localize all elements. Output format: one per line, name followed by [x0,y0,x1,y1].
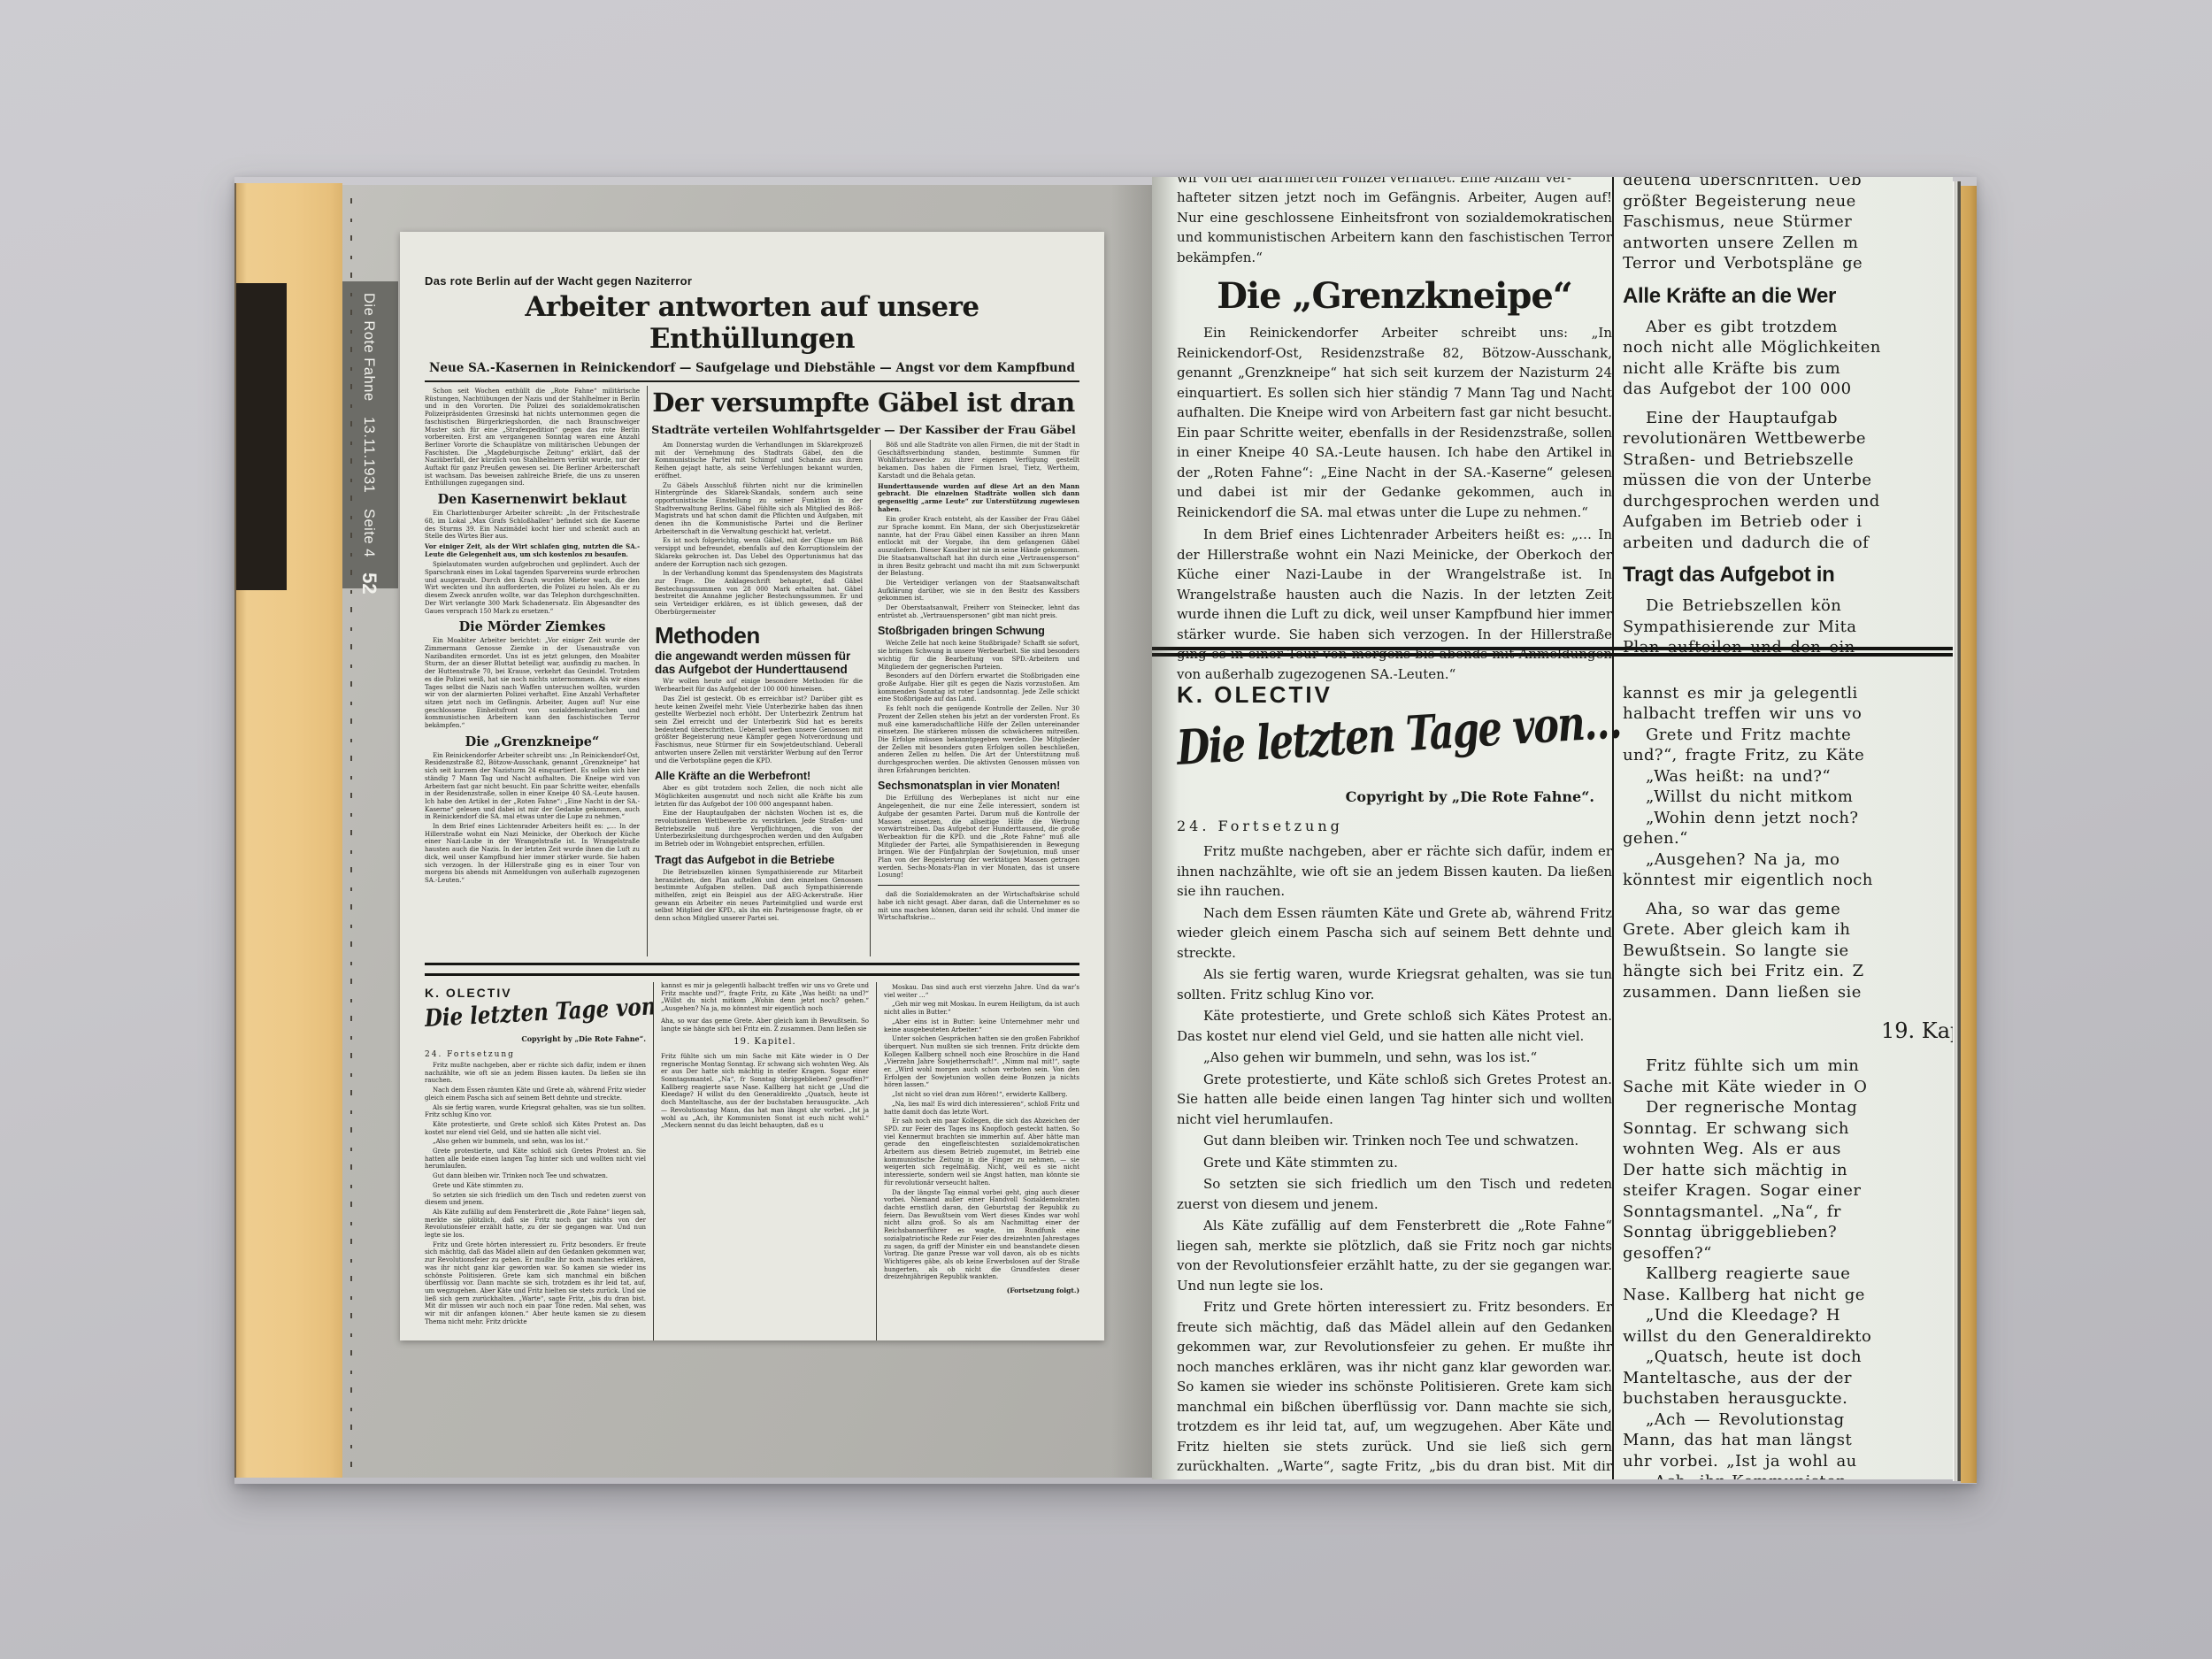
text-block: „Wohin denn jetzt noch? [752,997,845,1004]
text-block: Nase. Kallberg hat nicht ge [1623,1285,1953,1306]
text-block: Fritz fühlte sich um min [661,1053,752,1060]
text-block: Die „Grenzkneipe“ [425,734,640,749]
text-block: durchgesprochen werden und [1623,491,1953,512]
text-block: uhr vorbei. „Ist ja wohl au [1623,1451,1953,1472]
mini-serial-section: K. OLECTIV Die letzten Tage von… Copyrig… [425,982,1079,1340]
text-block: Sonntagsmantel. „Na“, fr [1623,1202,1953,1223]
text-block: Zu Gäbels Ausschluß führten nicht nur di… [655,482,863,536]
text-block: Grete und Käte stimmten zu. [425,1182,646,1190]
right-page-enlarged-detail: wir von der alarmierten Polizei verhafte… [1152,177,1953,1479]
spine-date: 13.11.1931 [361,417,377,493]
detail-right-serial-lines: kannst es mir ja gelegentlihalbacht tref… [1623,683,1953,1480]
text-block: Käte protestierte, und Grete schloß sich… [1177,1006,1612,1046]
text-block: Als Käte zufällig auf dem Fensterbrett d… [425,1209,646,1240]
mini-section-rule [425,963,1079,976]
text-block: „Quatsch, heute ist doch [1623,1347,1953,1368]
book-cover-left-edge [234,183,342,1478]
text-block: Sonntag. Er schwang sich [727,1061,812,1068]
mini-columns: Schon seit Wochen enthüllt die „Rote Fah… [425,386,1079,956]
mini-kicker: Das rote Berlin auf der Wacht gegen Nazi… [425,274,1079,288]
text-block: das Aufgebot der Hunderttausend [655,663,863,676]
text-block: Unter solchen Gesprächen hatten sie den … [884,1035,1079,1089]
text-block: Grete protestierte, und Käte schloß sich… [1177,1070,1612,1130]
text-block: In dem Brief eines Lichtenrader Arbeiter… [1177,525,1612,684]
text-block: Sympathisierende zur Mita [1623,617,1953,638]
text-block: gesoffen?“ [836,1076,869,1083]
text-block: Ein Moabiter Arbeiter berichtet: „Vor ei… [425,637,640,729]
book-spread: Die Rote Fahne 13.11.1931 Seite 4 52 Das… [234,177,1977,1484]
text-block: Der Oberstaatsanwalt, Freiherr von Stein… [878,604,1079,619]
text-block: Sonntagsmantel. „Na“, fr [661,1076,749,1083]
text-block: deutend überschritten. Ueb [1623,177,1953,191]
text-block: Mann, das hat man längst [720,1107,810,1114]
text-block: leicht behaupten, daß es u [740,1122,823,1129]
text-block: Sonntag übriggeblieben? [1623,1222,1953,1243]
serial-installment-label: 24. Fortsetzung [1177,818,1612,834]
text-block: Manteltasche, aus der der [679,1099,766,1106]
text-block: „Was heißt: na und?“ [1623,766,1953,787]
text-block: So setzten sie sich friedlich um den Tis… [425,1192,646,1207]
text-block: Grete. Aber gleich kam ih [1623,919,1953,941]
page-stack-edge [1953,181,1961,1481]
text-block: Stoßbrigaden bringen Schwung [878,625,1079,637]
text-block: Kallberg reagierte saue [1623,1263,1953,1285]
fold-stitch-line [350,185,352,1478]
gabel-deck: Stadträte verteilen Wohlfahrtsgelder — D… [648,423,1079,436]
text-block: Ein Reinickendorfer Arbeiter schreibt un… [425,752,640,821]
text-block: Aber es gibt trotzdem noch Zellen, die n… [655,785,863,808]
text-block: steifer Kragen. Sogar einer [1623,1180,1953,1202]
text-block: zusammen. Dann ließen sie [1623,982,1953,1003]
text-block: Hunderttausende wurden auf diese Art an … [878,483,1079,514]
text-block: gesoffen?“ [1623,1243,1953,1264]
detail-serial-story: Fritz mußte nachgeben, aber er rächte si… [1177,841,1612,1479]
text-block: buchstaben herausguckte. [767,1099,854,1106]
text-block: Sonntag. Er schwang sich [1623,1118,1953,1140]
text-block: Am Donnerstag wurden die Verhandlungen i… [655,442,863,480]
text-block: So setzten sie sich friedlich um den Tis… [1177,1174,1612,1214]
text-block: wohnten Weg. Als er aus [1623,1139,1953,1160]
serial-copyright: Copyright by „Die Rote Fahne“. [1177,788,1594,805]
text-block: Wir wollen heute auf einige besondere Me… [655,678,863,693]
mini-serial-column-3: Moskau. Das sind auch erst vierzehn Jahr… [877,982,1079,1340]
text-block: Es fehlt noch die genügende Kontrolle de… [878,705,1079,774]
detail-right-column: deutend überschritten. Uebgrößter Begeis… [1623,177,1953,1479]
text-block: Welche Zelle hat noch keine Stoßbrigade?… [878,640,1079,671]
text-block: Spielautomaten wurden aufgebrochen und g… [425,561,640,615]
serial-script-logo: Die letzten Tage von… [1175,698,1526,776]
detail-section-rule [1152,647,1953,657]
text-block: Bewußtsein. So langte sie [1623,941,1953,962]
text-block: halbacht treffen wir uns vo [749,982,837,989]
mini-deck: Neue SA.-Kasernen in Reinickendorf — Sau… [425,361,1079,382]
left-page: Die Rote Fahne 13.11.1931 Seite 4 52 Das… [342,185,1152,1478]
text-block: „Ausgehen? Na ja, mo [661,1005,733,1012]
text-block: Nach dem Essen räumten Käte und Grete ab… [425,1087,646,1102]
text-block: „Aber eins ist in Butter: keine Unterneh… [884,1018,1079,1033]
text-block: Aufgaben im Betrieb oder i [1623,511,1953,533]
text-block: Böß und alle Stadträte von allen Firmen,… [878,442,1079,480]
text-block: Sonst ist euch nicht wohl.“ [775,1115,869,1122]
text-block: willst du den Generaldirekto [706,1091,805,1098]
text-block: Fritz fühlte sich um min [1623,1056,1953,1077]
text-block: Tragt das Aufgebot in die Betriebe [655,854,863,866]
text-block: „Na, lies mal! Es wird dich interessiere… [884,1101,1079,1116]
detail-right-news-lines: deutend überschritten. Uebgrößter Begeis… [1623,177,1953,658]
text-block: Tragt das Aufgebot in [1623,563,1953,588]
text-block: „Was heißt: na und?“ [799,990,869,997]
text-block: Ein Charlottenburger Arbeiter schreibt: … [425,510,640,541]
text-block: willst du den Generaldirekto [1623,1326,1953,1348]
text-block: Den Kasernenwirt beklaut [425,492,640,507]
text-block: Als Käte zufällig auf dem Fensterbrett d… [1177,1216,1612,1295]
text-block: Die Erfüllung des Werbeplanes ist nicht … [878,795,1079,879]
text-block: Der hatte sich mächtig in [1623,1160,1953,1181]
spine-folio: 52 [358,572,380,594]
text-block [1623,891,1953,899]
text-block: arbeiten und dadurch die of [1623,533,1953,554]
grenzkneipe-paragraphs: Ein Reinickendorfer Arbeiter schreibt un… [1177,323,1612,684]
text-block: Gut dann bleiben wir. Trinken noch Tee u… [1177,1131,1612,1151]
text-block: Eine der Hauptaufgaben der nächsten Woch… [655,810,863,849]
mini-serial-story: Fritz mußte nachgeben, aber er rächte si… [425,1062,646,1326]
cover-black-bar [236,283,287,590]
text-block: Mann, das hat man längst [1623,1430,1953,1451]
text-block: „Ist nicht so viel dran zum Hören!“, erw… [884,1091,1079,1099]
text-block: größter Begeisterung neue [1623,191,1953,212]
text-block: müssen die von der Unterbe [1623,470,1953,491]
text-block: buchstaben herausguckte. [1623,1388,1953,1409]
text-block: Manteltasche, aus der der [1623,1368,1953,1389]
text-block: noch nicht alle Möglichkeiten [1623,337,1953,358]
text-block: Der regnerische Montag [1623,1097,1953,1118]
detail-main-column: wir von der alarmierten Polizei verhafte… [1177,177,1612,687]
text-block: Methoden [655,622,863,649]
text-block: und?“, fragte Fritz, zu Käte [705,990,799,997]
text-block: kannst es mir ja gelegentli [1623,683,1953,704]
text-block: Ein Reinickendorfer Arbeiter schreibt un… [1177,323,1612,522]
text-block: Grete und Fritz machte [1623,725,1953,746]
text-block: revolutionären Wettbewerbe [1623,428,1953,449]
text-block: Aha, so war das geme [661,1018,734,1025]
text-block: hängte sich bei Fritz ein. Z [1623,961,1953,982]
text-block: das Aufgebot der 100 000 [1623,379,1953,400]
text-block: daß die Sozialdemokraten an der Wirtscha… [878,891,1079,922]
text-block: Aha, so war das geme [1623,899,1953,920]
book-cover-right-edge [1961,186,1977,1483]
text-block: Er sah noch ein paar Kollegen, die sich … [884,1118,1079,1187]
detail-clipped-top-line: wir von der alarmierten Polizei verhafte… [1177,177,1612,188]
text-block: Kallberg reagierte saue [661,1084,742,1091]
text-block: „Willst du nicht mitkom [661,997,752,1004]
text-block: Eine der Hauptaufgab [1623,408,1953,429]
text-block: könntest mir eigentlich noch [1623,870,1953,891]
mini-column-2: Am Donnerstag wurden die Verhandlungen i… [648,440,871,956]
text-block: Alle Kräfte an die Wer [1623,284,1953,309]
text-block: Terror und Verbotspläne ge [1623,253,1953,274]
text-block: Sonntag übriggeblieben? [749,1076,835,1083]
text-block: Das Ziel ist gesteckt. Ob es erreichbar … [655,695,863,764]
text-block: „Ach, ihr Kommunisten [1623,1471,1953,1479]
text-block: Straßen- und Betriebszelle [1623,449,1953,471]
text-block: gehen.“ [1623,828,1953,849]
text-block: Fritz mußte nachgeben, aber er rächte si… [1177,841,1612,902]
text-block: Aber es gibt trotzdem [1623,317,1953,338]
text-block: Fritz mußte nachgeben, aber er rächte si… [425,1062,646,1085]
text-block: (Fortsetzung folgt.) [884,1286,1079,1294]
text-block: Es ist noch folgerichtig, wenn Gäbel, mi… [655,537,863,568]
serial-script-logo: Die letzten Tage von… [425,995,613,1033]
text-block: Fritz und Grete hörten interessiert zu. … [1177,1297,1612,1479]
text-block: und?“, fragte Fritz, zu Käte [1623,745,1953,766]
gabel-headline: Der versumpfte Gäbel ist dran [648,388,1079,418]
text-block: Ein großer Krach entsteht, als der Kassi… [878,516,1079,578]
text-block: Moskau. Das sind auch erst vierzehn Jahr… [884,984,1079,999]
mini-serial-column-2: kannst es mir ja gelegentlihalbacht tref… [654,982,877,1340]
mini-columns-right-body: Am Donnerstag wurden die Verhandlungen i… [648,440,1079,956]
serial-installment-label: 24. Fortsetzung [425,1050,646,1059]
mini-serial-column-1: K. OLECTIV Die letzten Tage von… Copyrig… [425,982,654,1340]
text-block: kannst es mir ja gelegentli [661,982,749,989]
text-block: „Meckern nennst du das [661,1122,740,1129]
text-block: zusammen. Dann ließen sie [780,1025,867,1033]
text-block: Als sie fertig waren, wurde Kriegsrat ge… [425,1104,646,1119]
detail-opening-paragraph: hafteter sitzen jetzt noch im Gefängnis.… [1177,188,1612,267]
text-block: Grete protestierte, und Käte schloß sich… [425,1148,646,1171]
text-block: „Geh mir weg mit Moskau. In eurem Heilig… [884,1001,1079,1016]
spine-page-label: Seite 4 [361,509,377,557]
text-block: nicht alle Kräfte bis zum [1623,358,1953,380]
mini-newspaper-content: Das rote Berlin auf der Wacht gegen Nazi… [400,232,1104,1340]
mini-main-headline: Arbeiter antworten auf unsere Enthüllung… [425,291,1079,355]
text-block: „Ach — Revolutionstag [1623,1409,1953,1431]
text-block [1623,400,1953,408]
photo-backdrop: { "spine": { "title": "Die Rote Fahne", … [0,0,2212,1659]
text-block: In der Verhandlung kommt das Spendensyst… [655,570,863,616]
text-block: In dem Brief eines Lichtenrader Arbeiter… [425,823,640,885]
text-block: Nach dem Essen räumten Käte und Grete ab… [1177,903,1612,964]
text-block: Als sie fertig waren, wurde Kriegsrat ge… [1177,964,1612,1004]
text-block: Sache mit Käte wieder in O [752,1053,857,1060]
spine-title: Die Rote Fahne [361,293,377,402]
text-block: Schon seit Wochen enthüllt die „Rote Fah… [425,388,640,488]
mini-newspaper-page: Das rote Berlin auf der Wacht gegen Nazi… [400,232,1104,1340]
text-block: „Also gehen wir bummeln, und sehn, was l… [1177,1048,1612,1068]
text-block: 19. Kapitel. [1623,1018,1953,1043]
text-block: „Ausgehen? Na ja, mo [1623,849,1953,871]
text-block: Die Mörder Ziemkes [425,619,640,634]
text-block: Grete und Käte stimmten zu. [1177,1153,1612,1173]
text-block: Grete. Aber gleich kam ih [734,1018,819,1025]
text-block: hängte sich bei Fritz ein. Z [694,1025,780,1033]
text-block: „Wohin denn jetzt noch? [1623,808,1953,829]
text-block: Da der längste Tag einmal vorbei geht, g… [884,1189,1079,1281]
text-block: Vor einiger Zeit, als der Wirt schlafen … [425,543,640,558]
text-block: halbacht treffen wir uns vo [1623,703,1953,725]
text-block: „Willst du nicht mitkom [1623,787,1953,808]
mini-columns-right: Der versumpfte Gäbel ist dran Stadträte … [648,386,1079,956]
text-block: „Ach, ihr Kommunisten [693,1115,775,1122]
text-block: gehen.“ [844,997,869,1004]
text-block: antworten unsere Zellen m [1623,233,1953,254]
text-block: könntest mir eigentlich noch [733,1005,823,1012]
text-block: Sache mit Käte wieder in O [1623,1077,1953,1098]
text-block: Die Betriebszellen kön [1623,595,1953,617]
text-block: Der hatte sich mächtig in [686,1068,777,1075]
text-block: Faschismus, neue Stürmer [1623,211,1953,233]
text-block: Gut dann bleiben wir. Trinken noch Tee u… [425,1172,646,1180]
serial-copyright: Copyright by „Die Rote Fahne“. [425,1034,646,1043]
text-block: Besonders auf den Dörfern erwartet die S… [878,672,1079,703]
text-block: Fritz und Grete hörten interessiert zu. … [425,1241,646,1326]
text-block: „Und die Kleedage? H [1623,1305,1953,1326]
text-block: Die Betriebszellen können Sympathisieren… [655,869,863,923]
text-block: Käte protestierte, und Grete schloß sich… [425,1121,646,1136]
text-block: die angewandt werden müssen für [655,649,863,663]
text-block [878,885,1079,886]
text-block: Sechsmonatsplan in vier Monaten! [878,780,1079,792]
text-block: Alle Kräfte an die Werbefront! [655,770,863,782]
text-block: „Also gehen wir bummeln, und sehn, was l… [425,1138,646,1146]
mini-column-3: Böß und alle Stadträte von allen Firmen,… [871,440,1079,956]
grenzkneipe-headline: Die „Grenzkneipe“ [1177,275,1612,317]
text-block: Nase. Kallberg hat nicht ge [742,1084,839,1091]
mini-column-1: Schon seit Wochen enthüllt die „Rote Fah… [425,386,648,956]
text-block: Die Verteidiger verlangen von der Staats… [878,580,1079,603]
detail-serial-section: K. OLECTIV Die letzten Tage von… Copyrig… [1177,681,1612,1479]
text-block: steifer Kragen. Sogar einer [778,1068,869,1075]
detail-column-rule [1612,177,1614,1479]
text-block: 19. Kapitel. [661,1039,869,1047]
